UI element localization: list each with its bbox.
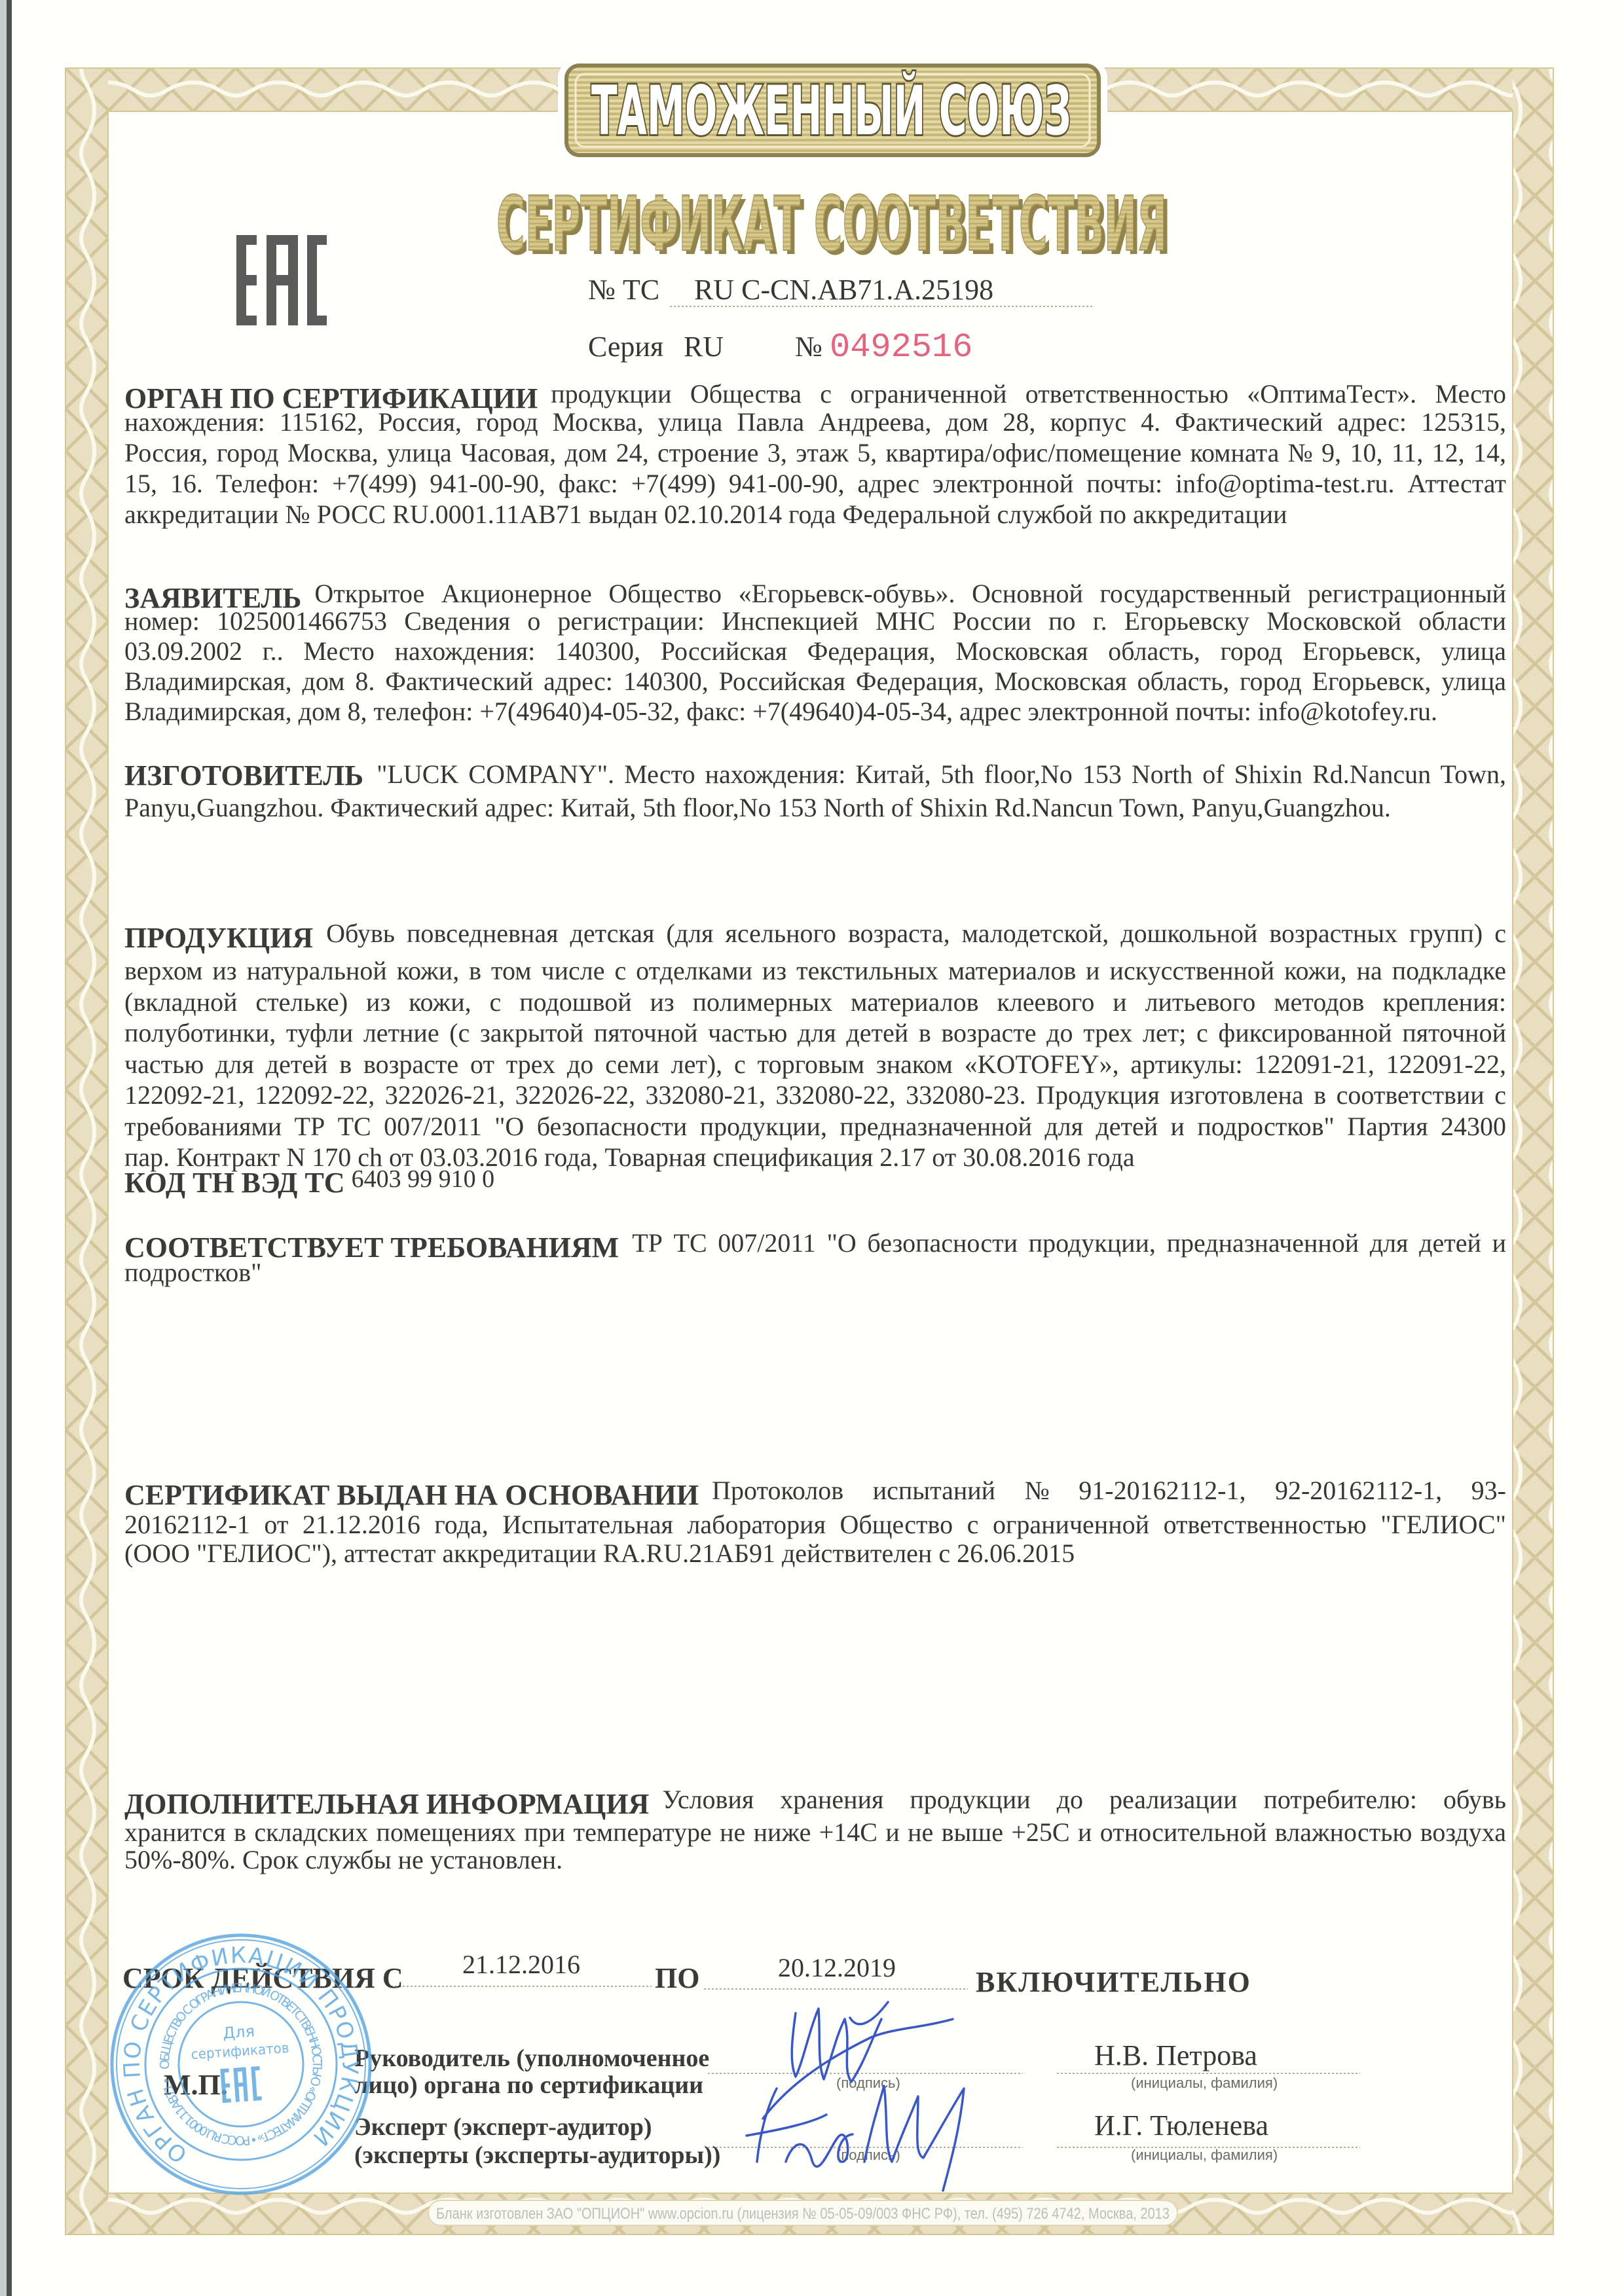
section-text: хранится в складских помещениях при темп… [124, 1817, 1506, 1847]
text-line: 15, 16. Телефон: +7(499) 941-00-90, факс… [124, 468, 1506, 499]
text-line: (ООО "ГЕЛИОС"), аттестат аккредитации RA… [124, 1538, 1506, 1569]
head-role-line: Руководитель (уполномоченное [354, 2044, 709, 2073]
text-line: 50%-80%. Срок службы не установлен. [124, 1844, 1506, 1875]
section-text: частью для детей в возрасте от трех до с… [124, 1049, 1506, 1079]
text-line: ДОПОЛНИТЕЛЬНАЯ ИНФОРМАЦИЯУсловия хранени… [124, 1789, 1506, 1817]
product-section: ПРОДУКЦИЯОбувь повседневная детская (для… [124, 922, 1506, 1198]
section-text: 20162112-1 от 21.12.2016 года, Испытател… [124, 1510, 1506, 1539]
text-line: 20162112-1 от 21.12.2016 года, Испытател… [124, 1509, 1506, 1538]
customs-union-banner: ТАМОЖЕННЫЙ СОЮЗ [558, 62, 1107, 160]
expert-signature-caption: (подпись) [836, 2147, 900, 2164]
validity-to-label: ПО [655, 1962, 699, 1995]
certificate-title: СЕРТИФИКАТ СООТВЕТСТВИЯ СЕРТИФИКАТ СООТВ… [496, 181, 1171, 272]
eac-mark-icon [236, 235, 327, 325]
section-text: Условия хранения продукции до реализации… [662, 1785, 1506, 1814]
section-text: Обувь повседневная детская (для ясельног… [326, 919, 1506, 948]
section-text: Открытое Акционерное Общество «Егорьевск… [314, 579, 1506, 608]
hs-code-label: КОД ТН ВЭД ТС [124, 1167, 345, 1199]
text-line: номер: 1025001466753 Сведения о регистра… [124, 606, 1506, 636]
section-text: ТР ТС 007/2011 "О безопасности продукции… [632, 1228, 1506, 1258]
text-line: Владимирская, дом 8, телефон: +7(49640)4… [124, 696, 1506, 727]
text-line: Россия, город Москва, улица Часовая, дом… [124, 437, 1506, 468]
section-text: (ООО "ГЕЛИОС"), аттестат аккредитации RA… [124, 1539, 1075, 1568]
expert-name-caption: (инициалы, фамилия) [1131, 2147, 1278, 2164]
section-text: 50%-80%. Срок службы не установлен. [124, 1845, 563, 1874]
section-heading: ИЗГОТОВИТЕЛЬ [124, 759, 363, 792]
validity-label: СРОК ДЕЙСТВИЯ С [122, 1962, 403, 1995]
print-info-footer: Бланк изготовлен ЗАО "ОПЦИОН" www.opcion… [428, 2200, 1177, 2225]
applicant-section: ЗАЯВИТЕЛЬОткрытое Акционерное Общество «… [124, 583, 1506, 727]
section-text: 03.09.2002 г.. Место нахождения: 140300,… [124, 636, 1506, 666]
section-text: Владимирская, дом 8, телефон: +7(49640)4… [124, 697, 1437, 726]
cert-number: RU C-CN.AB71.A.25198 [694, 274, 993, 306]
text-line: частью для детей в возрасте от трех до с… [124, 1049, 1506, 1080]
head-name-caption: (инициалы, фамилия) [1131, 2075, 1278, 2092]
text-line: Владимирская, дом 8. Фактический адрес: … [124, 666, 1506, 696]
text-line: ПРОДУКЦИЯОбувь повседневная детская (для… [124, 922, 1506, 955]
form-number-label: № [795, 331, 822, 363]
issuance-basis-section: СЕРТИФИКАТ ВЫДАН НА ОСНОВАНИИПротоколов … [124, 1480, 1506, 1569]
validity-to-date: 20.12.2019 [778, 1952, 896, 1984]
text-line: ИЗГОТОВИТЕЛЬ"LUCK COMPANY". Место нахожд… [124, 760, 1506, 792]
form-number: 0492516 [830, 328, 972, 367]
section-text: подростков" [124, 1258, 261, 1287]
expert-role-line: Эксперт (эксперт-аудитор) [354, 2113, 652, 2142]
section-text: продукции Общества с ограниченной ответс… [551, 379, 1506, 409]
section-heading: ПРОДУКЦИЯ [124, 922, 313, 954]
section-text: Россия, город Москва, улица Часовая, дом… [124, 438, 1506, 467]
section-text: "LUCK COMPANY". Место нахождения: Китай,… [377, 759, 1506, 789]
cert-number-label: № ТС [588, 274, 659, 306]
text-line: нахождения: 115162, Россия, город Москва… [124, 407, 1506, 437]
section-text: верхом из натуральной кожи, в том числе … [124, 956, 1506, 985]
text-line: СООТВЕТСТВУЕТ ТРЕБОВАНИЯМТР ТС 007/2011 … [124, 1232, 1506, 1257]
text-line: СЕРТИФИКАТ ВЫДАН НА ОСНОВАНИИПротоколов … [124, 1480, 1506, 1509]
text-line: (вкладной стельке) из кожи, с подошвой и… [124, 987, 1506, 1018]
text-line: верхом из натуральной кожи, в том числе … [124, 955, 1506, 987]
certification-body-section: ОРГАН ПО СЕРТИФИКАЦИИпродукции Общества … [124, 383, 1506, 530]
text-line: хранится в складских помещениях при темп… [124, 1817, 1506, 1844]
section-text: полуботинки, туфли летние (с закрытой пя… [124, 1018, 1506, 1048]
certificate-page: ТАМОЖЕННЫЙ СОЮЗ СЕРТИФИКАТ СООТВЕТСТВИЯ … [0, 0, 1624, 2296]
section-text: (вкладной стельке) из кожи, с подошвой и… [124, 987, 1506, 1017]
section-text: 15, 16. Телефон: +7(499) 941-00-90, факс… [124, 469, 1506, 498]
text-line: требованиями ТР ТС 007/2011 "О безопасно… [124, 1111, 1506, 1142]
series-label: Серия [588, 331, 663, 363]
text-line: ЗАЯВИТЕЛЬОткрытое Акционерное Общество «… [124, 583, 1506, 606]
text-line: аккредитации № РОСС RU.0001.11АВ71 выдан… [124, 499, 1506, 530]
section-text: 122092-21, 122092-22, 322026-21, 322026-… [124, 1080, 1506, 1110]
section-text: номер: 1025001466753 Сведения о регистра… [124, 606, 1506, 636]
seal-label: М.П. [164, 2069, 228, 2102]
text-line: Panyu,Guangzhou. Фактический адрес: Кита… [124, 792, 1506, 823]
head-name: Н.В. Петрова [1094, 2039, 1257, 2072]
section-text: Владимирская, дом 8. Фактический адрес: … [124, 666, 1506, 696]
text-line: полуботинки, туфли летние (с закрытой пя… [124, 1017, 1506, 1049]
hs-code-value: 6403 99 910 0 [352, 1165, 495, 1193]
validity-from-date: 21.12.2016 [462, 1948, 580, 1981]
text-line: ОРГАН ПО СЕРТИФИКАЦИИпродукции Общества … [124, 383, 1506, 407]
title-text: СЕРТИФИКАТ СООТВЕТСТВИЯ [496, 181, 1167, 268]
section-text: аккредитации № РОСС RU.0001.11АВ71 выдан… [124, 500, 1287, 529]
expert-name: И.Г. Тюленева [1094, 2109, 1268, 2142]
validity-inclusive: ВКЛЮЧИТЕЛЬНО [976, 1966, 1251, 1999]
hs-code-line: КОД ТН ВЭД ТС6403 99 910 0 [124, 1167, 1506, 1198]
section-text: нахождения: 115162, Россия, город Москва… [124, 407, 1506, 437]
banner-text: ТАМОЖЕННЫЙ СОЮЗ [591, 71, 1071, 151]
conformity-section: СООТВЕТСТВУЕТ ТРЕБОВАНИЯМТР ТС 007/2011 … [124, 1232, 1506, 1288]
additional-info-section: ДОПОЛНИТЕЛЬНАЯ ИНФОРМАЦИЯУсловия хранени… [124, 1789, 1506, 1875]
section-text: требованиями ТР ТС 007/2011 "О безопасно… [124, 1112, 1506, 1141]
section-text: Panyu,Guangzhou. Фактический адрес: Кита… [124, 793, 1391, 822]
head-signature-caption: (подпись) [836, 2075, 900, 2092]
manufacturer-section: ИЗГОТОВИТЕЛЬ"LUCK COMPANY". Место нахожд… [124, 760, 1506, 823]
expert-role-line: (эксперты (эксперты-аудиторы)) [354, 2141, 720, 2170]
text-line: пар. Контракт N 170 ch от 03.03.2016 год… [124, 1142, 1506, 1167]
series-value: RU [684, 331, 724, 363]
text-line: 03.09.2002 г.. Место нахождения: 140300,… [124, 636, 1506, 666]
section-heading: ДОПОЛНИТЕЛЬНАЯ ИНФОРМАЦИЯ [124, 1788, 649, 1820]
section-heading: СЕРТИФИКАТ ВЫДАН НА ОСНОВАНИИ [124, 1479, 699, 1511]
print-info-text: Бланк изготовлен ЗАО "ОПЦИОН" www.opcion… [436, 2205, 1170, 2223]
head-role-line: лицо) органа по сертификации [354, 2071, 703, 2100]
section-text: Протоколов испытаний № 91-20162112-1, 92… [712, 1476, 1506, 1505]
text-line: 122092-21, 122092-22, 322026-21, 322026-… [124, 1080, 1506, 1111]
